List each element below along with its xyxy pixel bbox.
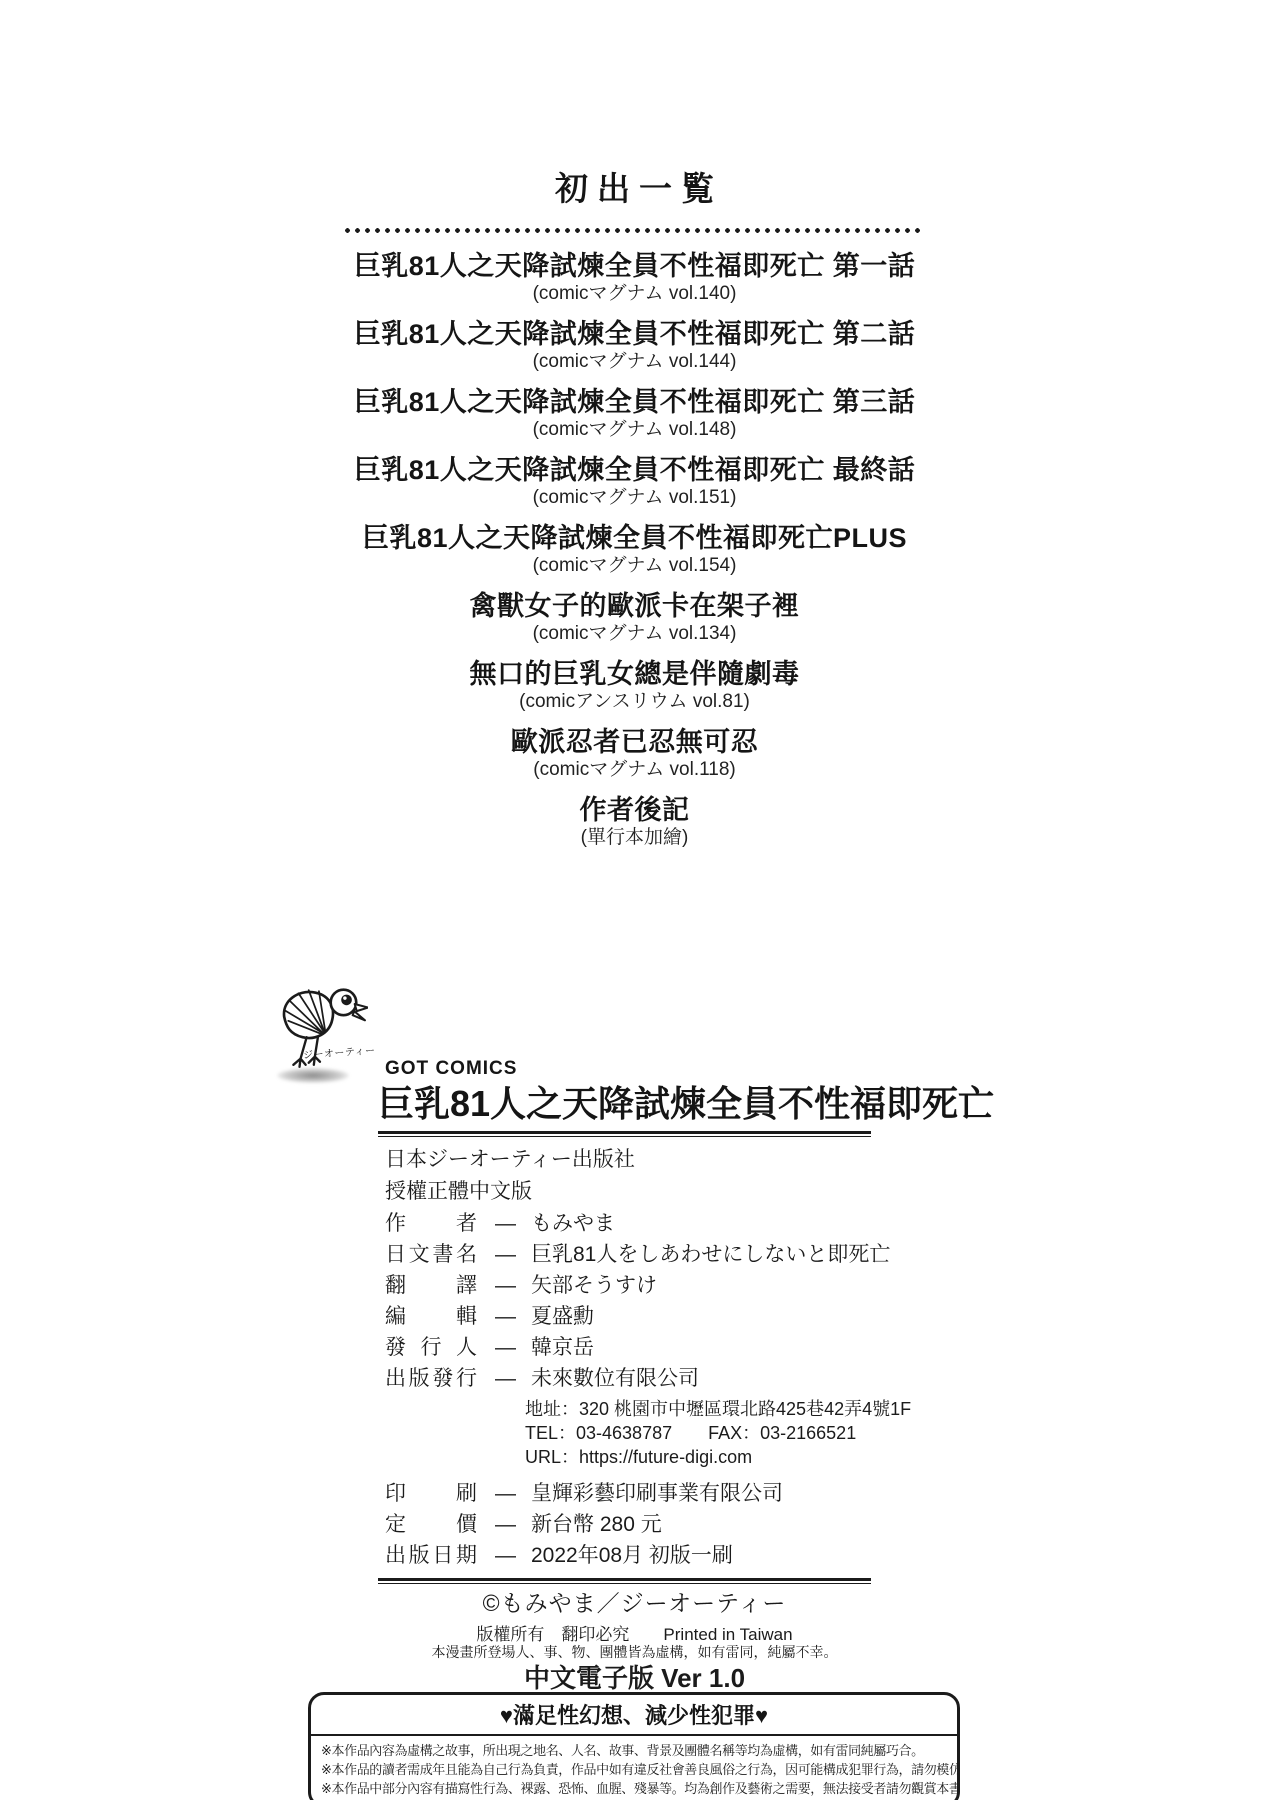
publication-source: (comicマグナム vol.144) (0, 350, 1269, 374)
publication-source: (comicマグナム vol.154) (0, 554, 1269, 578)
publication-entry: 作者後記 (單行本加繪) (0, 795, 1269, 850)
publication-title: 巨乳81人之天降試煉全員不性福即死亡 第一話 (0, 251, 1269, 281)
field-dash: — (495, 1478, 516, 1509)
field-dash: — (495, 1270, 516, 1301)
publication-title: 巨乳81人之天降試煉全員不性福即死亡 第二話 (0, 319, 1269, 349)
publication-title: 巨乳81人之天降試煉全員不性福即死亡PLUS (0, 523, 1269, 553)
field-dash: — (495, 1208, 516, 1239)
publication-entry: 巨乳81人之天降試煉全員不性福即死亡 第三話 (comicマグナム vol.14… (0, 387, 1269, 442)
publication-source: (comicマグナム vol.151) (0, 486, 1269, 510)
notice-slogan: ♥滿足性幻想、減少性犯罪♥ (311, 1695, 957, 1736)
field-value: 未來數位有限公司 (531, 1367, 699, 1390)
field-label: 發行人 (385, 1332, 477, 1363)
field-value: 矢部そうすけ (531, 1274, 657, 1297)
field-dash: — (495, 1363, 516, 1394)
notice-item: ※本作品內容為虛構之故事，所出現之地名、人名、故事、背景及團體名稱等均為虛構，如… (321, 1741, 947, 1760)
publication-entry: 歐派忍者已忍無可忍 (comicマグナム vol.118) (0, 727, 1269, 782)
edition-version: 中文電子版 Ver 1.0 (0, 1658, 1269, 1695)
colophon-page: 初出一覧 巨乳81人之天降試煉全員不性福即死亡 第一話 (comicマグナム v… (0, 0, 1269, 1800)
publication-source: (單行本加繪) (0, 826, 1269, 850)
publication-entry: 巨乳81人之天降試煉全員不性福即死亡 第二話 (comicマグナム vol.14… (0, 319, 1269, 374)
publisher-tel-fax: TEL：03-4638787 FAX：03-2166521 (525, 1421, 943, 1445)
field-dash: — (495, 1332, 516, 1363)
colophon-fields: 作者—もみやま 日文書名—巨乳81人をしあわせにしないと即死亡 翻譯—矢部そうす… (385, 1208, 943, 1571)
field-label: 翻譯 (385, 1270, 477, 1301)
book-title: 巨乳81人之天降試煉全員不性福即死亡 (378, 1084, 943, 1124)
title-rule (378, 1131, 871, 1137)
publication-title: 巨乳81人之天降試煉全員不性福即死亡 第三話 (0, 387, 1269, 417)
publication-source: (comicマグナム vol.118) (0, 758, 1269, 782)
publication-source: (comicマグナム vol.140) (0, 282, 1269, 306)
field-value: もみやま (531, 1212, 615, 1235)
field-value: 巨乳81人をしあわせにしないと即死亡 (531, 1243, 890, 1266)
field-value: 皇輝彩藝印刷事業有限公司 (531, 1482, 783, 1505)
publication-title: 歐派忍者已忍無可忍 (0, 727, 1269, 757)
license-line-publisher: 日本ジーオーティー出版社 (385, 1144, 943, 1176)
colophon-block: GOT COMICS 巨乳81人之天降試煉全員不性福即死亡 日本ジーオーティー出… (378, 1058, 943, 1584)
publication-entry: 無口的巨乳女總是伴隨劇毒 (comicアンスリウム vol.81) (0, 659, 1269, 714)
notice-item: ※本作品的讀者需成年且能為自己行為負責，作品中如有違反社會善良風俗之行為，因可能… (321, 1760, 947, 1779)
field-dash: — (495, 1301, 516, 1332)
colophon-field-price: 定價—新台幣 280 元 (385, 1509, 943, 1540)
publication-source: (comicマグナム vol.148) (0, 418, 1269, 442)
field-label: 編輯 (385, 1301, 477, 1332)
colophon-field-pub-date: 出版日期—2022年08月 初版一刷 (385, 1540, 943, 1571)
colophon-field-issuer: 發行人—韓京岳 (385, 1332, 943, 1363)
field-label: 出版發行 (385, 1363, 477, 1394)
field-value: 夏盛勳 (531, 1305, 594, 1328)
publication-entry: 巨乳81人之天降試煉全員不性福即死亡 第一話 (comicマグナム vol.14… (0, 251, 1269, 306)
content-notice-box: ♥滿足性幻想、減少性犯罪♥ ※本作品內容為虛構之故事，所出現之地名、人名、故事、… (308, 1692, 960, 1800)
notice-items: ※本作品內容為虛構之故事，所出現之地名、人名、故事、背景及團體名稱等均為虛構，如… (311, 1736, 957, 1800)
colophon-bottom-rule (378, 1578, 871, 1584)
colophon-field-jp-title: 日文書名—巨乳81人をしあわせにしないと即死亡 (385, 1239, 943, 1270)
colophon-field-editor: 編輯—夏盛勳 (385, 1301, 943, 1332)
field-label: 日文書名 (385, 1239, 477, 1270)
colophon-field-publisher: 出版發行—未來數位有限公司 (385, 1363, 943, 1394)
field-value: 新台幣 280 元 (531, 1513, 662, 1536)
field-label: 作者 (385, 1208, 477, 1239)
imprint-name: GOT COMICS (385, 1058, 943, 1080)
colophon-field-translator: 翻譯—矢部そうすけ (385, 1270, 943, 1301)
first-publication-heading: 初出一覧 (0, 163, 1269, 210)
publisher-contact: 地址：320 桃園市中壢區環北路425巷42弄4號1F TEL：03-46387… (525, 1397, 943, 1469)
publication-title: 禽獸女子的歐派卡在架子裡 (0, 591, 1269, 621)
publication-title: 無口的巨乳女總是伴隨劇毒 (0, 659, 1269, 689)
colophon-field-printer: 印刷—皇輝彩藝印刷事業有限公司 (385, 1478, 943, 1509)
publication-list: 巨乳81人之天降試煉全員不性福即死亡 第一話 (comicマグナム vol.14… (0, 251, 1269, 863)
field-dash: — (495, 1540, 516, 1571)
publication-source: (comicマグナム vol.134) (0, 622, 1269, 646)
publication-source: (comicアンスリウム vol.81) (0, 690, 1269, 714)
field-value: 韓京岳 (531, 1336, 594, 1359)
publication-entry: 巨乳81人之天降試煉全員不性福即死亡 最終話 (comicマグナム vol.15… (0, 455, 1269, 510)
publication-entry: 巨乳81人之天降試煉全員不性福即死亡PLUS (comicマグナム vol.15… (0, 523, 1269, 578)
field-dash: — (495, 1239, 516, 1270)
field-dash: — (495, 1509, 516, 1540)
field-label: 印刷 (385, 1478, 477, 1509)
publication-entry: 禽獸女子的歐派卡在架子裡 (comicマグナム vol.134) (0, 591, 1269, 646)
logo-shadow (277, 1068, 349, 1083)
field-label: 定價 (385, 1509, 477, 1540)
publisher-url: URL：https://future-digi.com (525, 1445, 943, 1469)
publication-title: 作者後記 (0, 795, 1269, 825)
license-line-edition: 授權正體中文版 (385, 1176, 943, 1208)
field-label: 出版日期 (385, 1540, 477, 1571)
dotted-divider (345, 228, 925, 233)
field-value: 2022年08月 初版一刷 (531, 1544, 733, 1567)
colophon-field-author: 作者—もみやま (385, 1208, 943, 1239)
publisher-bird-logo: ジーオーティー (276, 986, 386, 1096)
copyright-line: ©もみやま／ジーオーティー (0, 1585, 1269, 1618)
publisher-address: 地址：320 桃園市中壢區環北路425巷42弄4號1F (525, 1397, 943, 1421)
publication-title: 巨乳81人之天降試煉全員不性福即死亡 最終話 (0, 455, 1269, 485)
notice-item: ※本作品中部分內容有描寫性行為、裸露、恐怖、血腥、殘暴等。均為創作及藝術之需要，… (321, 1779, 947, 1798)
